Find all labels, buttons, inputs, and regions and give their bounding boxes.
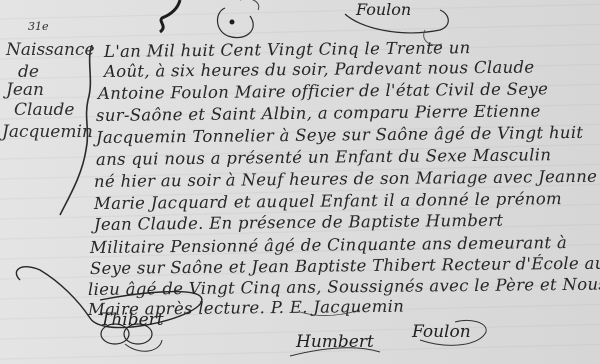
scanned-page: Foulon 31e Naissance de Jean Claude Jacq… xyxy=(0,0,600,364)
signature-humbert: Humbert xyxy=(296,332,374,352)
margin-line-de: de xyxy=(18,62,39,82)
margin-line-claude: Claude xyxy=(14,100,74,120)
margin-line-jean: Jean xyxy=(6,80,44,100)
margin-line-jacquemin: Jacquemin xyxy=(2,122,93,142)
body-line-1: L'an Mil huit Cent Vingt Cinq le Trente … xyxy=(104,38,471,61)
margin-line-naissance: Naissance xyxy=(6,40,95,60)
signature-thibert: Thibert xyxy=(100,310,164,330)
header-signature-foulon: Foulon xyxy=(356,0,411,19)
margin-entry-number: 31e xyxy=(28,20,49,33)
signature-foulon: Foulon xyxy=(412,322,471,342)
